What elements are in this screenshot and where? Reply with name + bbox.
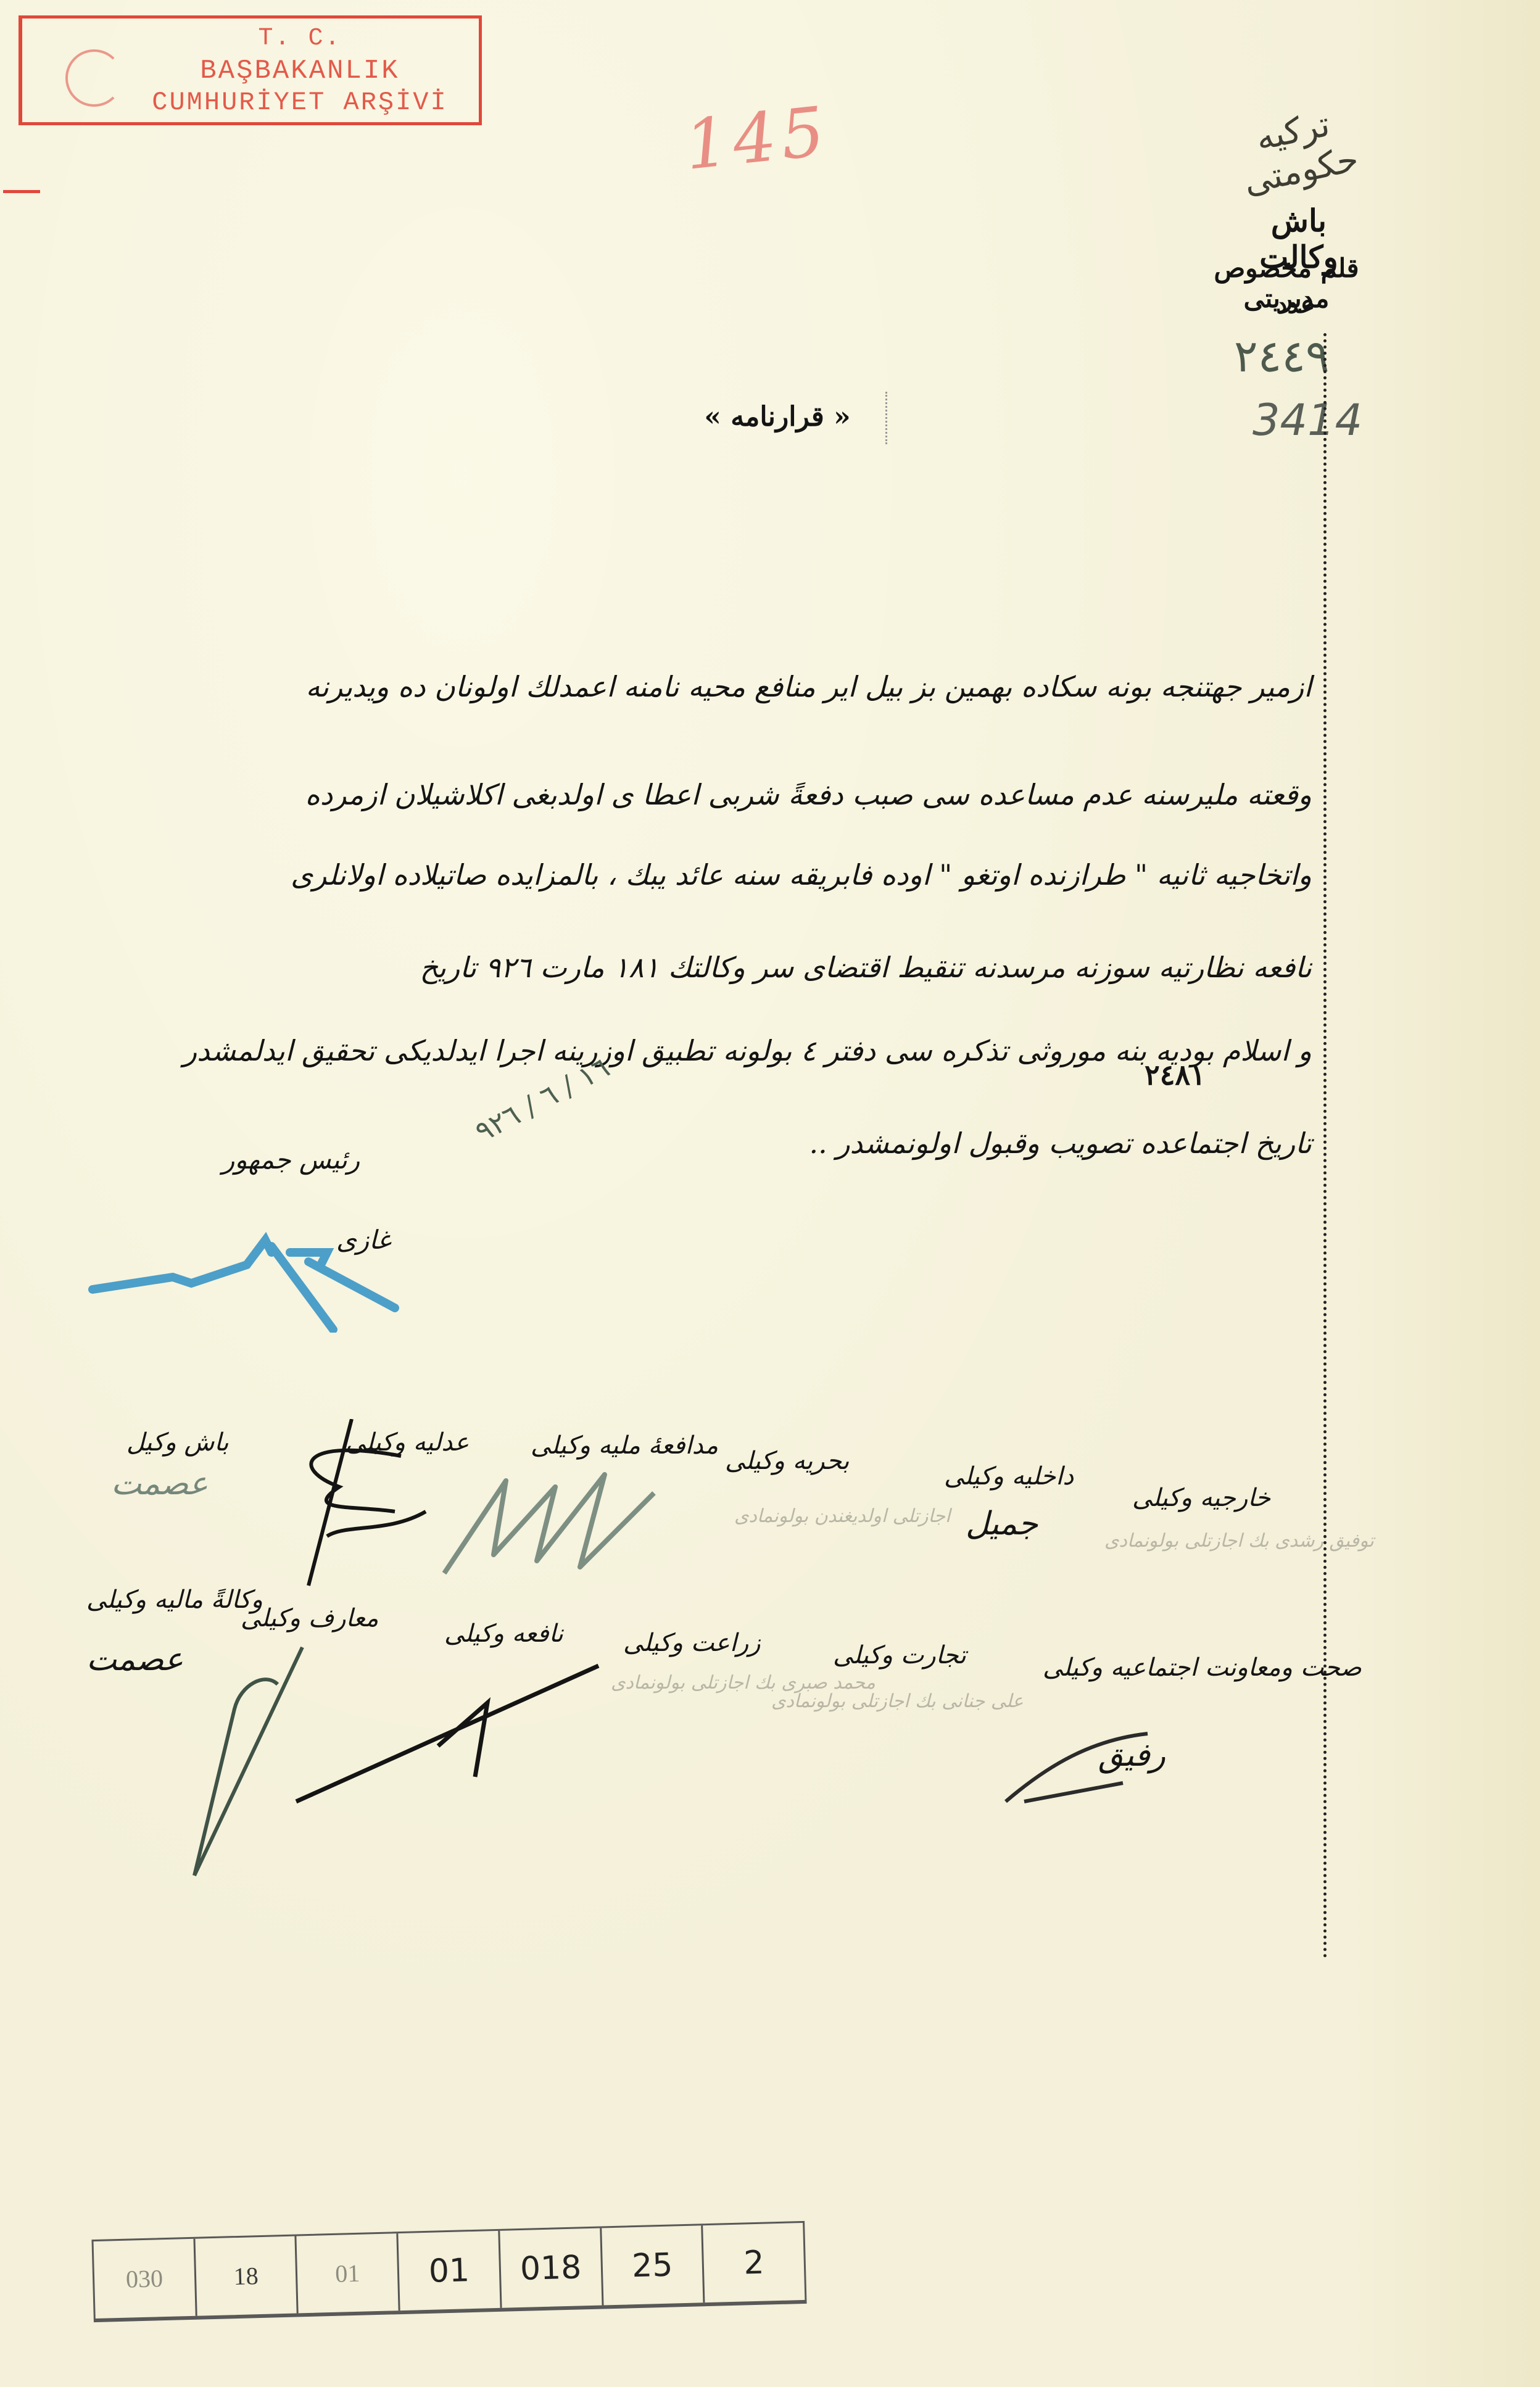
stamp-line-1: T. C. (133, 25, 466, 52)
title-bracket-mark (885, 392, 896, 444)
document-number-latin: 3414 (1252, 395, 1362, 445)
document-number-ottoman: ٢٤٤٩ (1234, 330, 1330, 382)
minister-title-interior: داخليه وكيلى (944, 1462, 1074, 1491)
minister-title-education: معارف وكيلى (241, 1604, 378, 1632)
pencil-note-navy: اجازتلى اولدیغندن بولونمادى (734, 1505, 950, 1527)
ref-cell-fond: 030 (94, 2239, 197, 2319)
number-label: عدد (1259, 290, 1333, 319)
folio-number: 145 (681, 91, 833, 185)
pencil-note-commerce: علی جنانی بك اجازتلى بولونمادى (771, 1690, 1024, 1712)
ref-cell-3: 01 (399, 2231, 502, 2310)
minister-title-agriculture: زراعت وكيلى (623, 1629, 761, 1657)
reference-number: ٢٤٨١ (1145, 1058, 1206, 1091)
red-margin-mark (3, 190, 40, 193)
archive-reference-box: 030 18 01 01 018 25 2 (91, 2221, 806, 2322)
minister-title-prime-minister: باش وكيل (126, 1428, 229, 1457)
margin-dotted-line (1323, 333, 1327, 1959)
president-title: رئيس جمهور (222, 1144, 360, 1175)
stamp-line-2: BAŞBAKANLIK (133, 56, 466, 86)
signature-justice (265, 1419, 438, 1598)
stamp-line-3: CUMHURİYET ARŞİVİ (133, 88, 466, 117)
crescent-emblem-icon (65, 49, 123, 107)
body-line-5: و اسلام بوديه بنه موروثى تذكره سى دفتر ٤… (183, 1036, 1312, 1065)
minister-title-navy: بحريه وكيلى (725, 1447, 849, 1475)
body-line-1: ازمير جهتنجه بونه سكاده بهمين بز بيل اير… (305, 672, 1312, 701)
minister-title-defense: مدافعهٔ مليه وكيلى (531, 1431, 718, 1460)
tughra-emblem: تركيه حكومتى (1204, 94, 1388, 196)
signature-finance: عصمت (86, 1641, 183, 1678)
president-signature (86, 1228, 407, 1333)
signature-public-works (290, 1660, 611, 1808)
signature-defense (432, 1468, 703, 1579)
document-title: « قرارنامه » (685, 401, 870, 432)
body-line-3: واتخاجيه ثانيه " طرازنده اوتغو " اوده فا… (291, 861, 1312, 889)
minister-title-finance: وكالةً ماليه وكيلى (86, 1586, 263, 1614)
minister-title-commerce: تجارت وكيلى (833, 1641, 966, 1669)
ref-cell-2: 01 (297, 2233, 400, 2313)
ref-cell-5: 25 (602, 2225, 705, 2305)
body-line-6: تاريخ اجتماعده تصويب وقبول اولونمشدر .. (809, 1129, 1312, 1157)
minister-title-foreign: خارجيه وكيلى (1132, 1484, 1270, 1512)
body-line-4: نافعه نظارتيه سوزنه مرسدنه تنقيط اقتضاى … (420, 953, 1312, 982)
archive-stamp: T. C. BAŞBAKANLIK CUMHURİYET ARŞİVİ (19, 15, 482, 125)
minister-title-public-works: نافعه وكيلى (444, 1620, 563, 1648)
body-line-2: وقعته مليرسنه عدم مساعده سى صبب دفعةً شر… (305, 780, 1312, 809)
pencil-note-foreign: توفيق رشدى بك اجازتلى بولونمادى (1104, 1530, 1374, 1552)
signature-interior: جميل (966, 1505, 1038, 1542)
signature-health-flourish (1000, 1727, 1160, 1808)
ref-cell-6: 2 (703, 2223, 805, 2302)
ref-cell-1: 18 (195, 2236, 299, 2315)
ref-cell-4: 018 (500, 2228, 603, 2308)
minister-title-health: صحت ومعاونت اجتماعيه وكيلى (1043, 1653, 1362, 1682)
signature-prime-minister: عصمت (111, 1465, 208, 1502)
